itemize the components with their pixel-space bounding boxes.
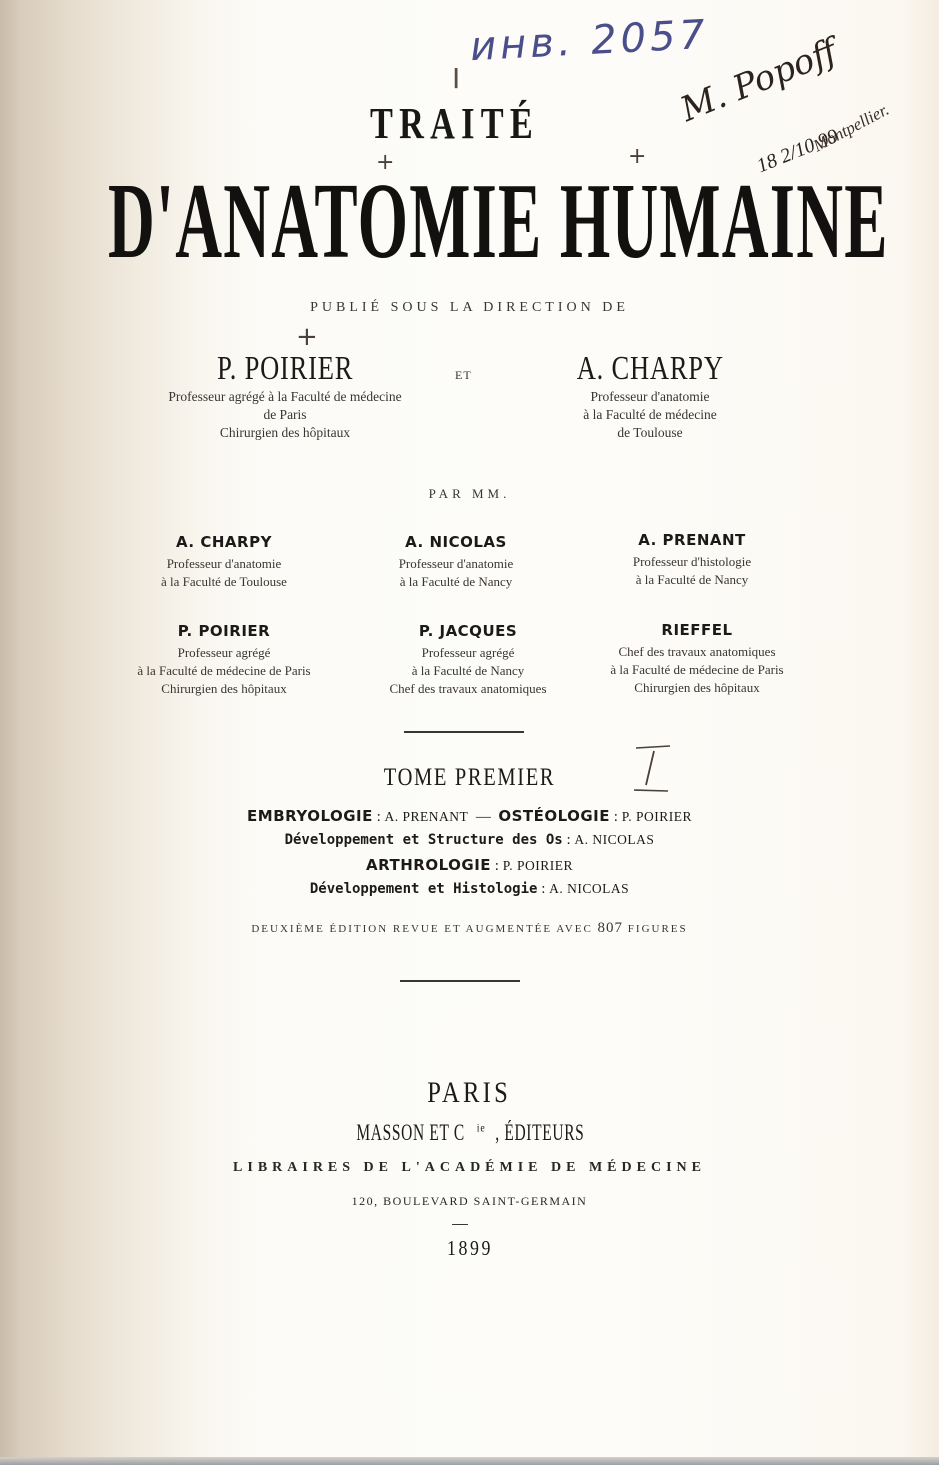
conjunction: ET <box>455 368 472 383</box>
director-desc-line: Chirurgien des hôpitaux <box>120 424 450 442</box>
edition-line: DEUXIÈME ÉDITION REVUE ET AUGMENTÉE AVEC… <box>0 920 939 937</box>
volume-mark-roman-one-icon <box>632 745 672 795</box>
pencil-cross-icon: + <box>296 322 318 352</box>
imprint-city: PARIS <box>0 1076 939 1110</box>
publisher-sup: ie <box>477 1120 486 1134</box>
imprint-publisher: MASSON ET Cie, ÉDITEURS <box>0 1120 939 1146</box>
author-name: A. NICOLAS <box>336 533 576 551</box>
author-name: P. POIRIER <box>104 622 344 640</box>
title-line-1: TRAITÉ <box>370 98 518 149</box>
divider <box>400 980 520 982</box>
author-desc-line: Chirurgien des hôpitaux <box>104 680 344 698</box>
edition-text: DEUXIÈME ÉDITION REVUE ET AUGMENTÉE AVEC <box>251 923 592 935</box>
short-divider <box>452 1224 468 1225</box>
author-desc-line: à la Faculté de médecine de Paris <box>104 662 344 680</box>
subject-arthrologie: ARTHROLOGIE <box>366 856 491 874</box>
author-desc-line: Professeur d'histologie <box>572 553 812 571</box>
contents-line-4: Développement et Histologie : A. NICOLAS <box>0 881 939 898</box>
director-charpy: A. CHARPY Professeur d'anatomie à la Fac… <box>500 350 800 442</box>
title-line-2: D'ANATOMIE HUMAINE <box>108 168 540 276</box>
author-name: A. CHARPY <box>104 533 344 551</box>
page-bottom-edge <box>0 1457 939 1465</box>
director-name: P. POIRIER <box>217 350 353 388</box>
author-block: RIEFFEL Chef des travaux anatomiques à l… <box>577 621 817 697</box>
subject-author: P. POIRIER <box>503 858 573 873</box>
edition-suffix: FIGURES <box>628 923 688 935</box>
subject-developpement-histologie: Développement et Histologie <box>310 881 538 897</box>
contributors-intro: PAR MM. <box>0 486 939 502</box>
subject-author: P. POIRIER <box>622 809 692 824</box>
contents-line-3: ARTHROLOGIE : P. POIRIER <box>0 856 939 875</box>
author-desc-line: à la Faculté de Toulouse <box>104 573 344 591</box>
imprint-city-text: PARIS <box>428 1076 512 1110</box>
subject-author: A. NICOLAS <box>549 881 629 896</box>
publisher-name: MASSON ET C <box>356 1120 465 1146</box>
author-name: P. JACQUES <box>348 622 588 640</box>
direction-intro: PUBLIÉ SOUS LA DIRECTION DE <box>0 300 939 316</box>
author-desc-line: Chef des travaux anatomiques <box>348 680 588 698</box>
subject-embryologie: EMBRYOLOGIE <box>247 807 373 825</box>
director-desc-line: Professeur d'anatomie <box>500 388 800 406</box>
author-desc-line: à la Faculté de Nancy <box>348 662 588 680</box>
author-desc-line: Professeur d'anatomie <box>104 555 344 573</box>
author-name: A. PRENANT <box>572 531 812 549</box>
author-desc-line: à la Faculté de Nancy <box>572 571 812 589</box>
volume-title-text: TOME PREMIER <box>384 764 555 792</box>
director-desc-line: de Paris <box>120 406 450 424</box>
imprint-address: 120, BOULEVARD SAINT-GERMAIN <box>0 1194 939 1209</box>
author-block: A. CHARPY Professeur d'anatomie à la Fac… <box>104 533 344 591</box>
director-desc-line: de Toulouse <box>500 424 800 442</box>
subject-author: A. NICOLAS <box>574 832 654 847</box>
divider <box>404 731 524 733</box>
volume-mark-annotation: I <box>452 62 460 95</box>
director-name: A. CHARPY <box>576 350 723 388</box>
director-desc-line: à la Faculté de médecine <box>500 406 800 424</box>
subject-developpement-os: Développement et Structure des Os <box>285 832 563 848</box>
subject-author: A. PRENANT <box>385 809 469 824</box>
title-page: инв. 2057 I M. Popoff 18 2/10 99 Montpel… <box>0 0 939 1465</box>
dash: — <box>476 809 491 825</box>
author-block: A. PRENANT Professeur d'histologie à la … <box>572 531 812 589</box>
author-desc-line: Professeur agrégé <box>104 644 344 662</box>
author-desc-line: Chef des travaux anatomiques <box>577 643 817 661</box>
author-desc-line: Professeur d'anatomie <box>336 555 576 573</box>
inventory-number-annotation: инв. 2057 <box>469 12 710 70</box>
figure-count: 807 <box>598 920 624 936</box>
imprint-year-text: 1899 <box>447 1236 493 1261</box>
subject-osteologie: OSTÉOLOGIE <box>498 807 610 825</box>
author-desc-line: à la Faculté de médecine de Paris <box>577 661 817 679</box>
director-desc-line: Professeur agrégé à la Faculté de médeci… <box>120 388 450 406</box>
imprint-year: 1899 <box>0 1236 939 1261</box>
volume-title: TOME PREMIER <box>0 764 939 792</box>
contents-line-1: EMBRYOLOGIE : A. PRENANT — OSTÉOLOGIE : … <box>0 807 939 826</box>
author-desc-line: Chirurgien des hôpitaux <box>577 679 817 697</box>
author-desc-line: Professeur agrégé <box>348 644 588 662</box>
imprint-libraires: LIBRAIRES DE L'ACADÉMIE DE MÉDECINE <box>0 1160 939 1176</box>
author-block: P. POIRIER Professeur agrégé à la Facult… <box>104 622 344 698</box>
director-poirier: P. POIRIER Professeur agrégé à la Facult… <box>120 350 450 442</box>
author-desc-line: à la Faculté de Nancy <box>336 573 576 591</box>
publisher-suffix: , ÉDITEURS <box>495 1120 584 1146</box>
author-block: A. NICOLAS Professeur d'anatomie à la Fa… <box>336 533 576 591</box>
author-block: P. JACQUES Professeur agrégé à la Facult… <box>348 622 588 698</box>
author-name: RIEFFEL <box>577 621 817 639</box>
contents-line-2: Développement et Structure des Os : A. N… <box>0 832 939 849</box>
